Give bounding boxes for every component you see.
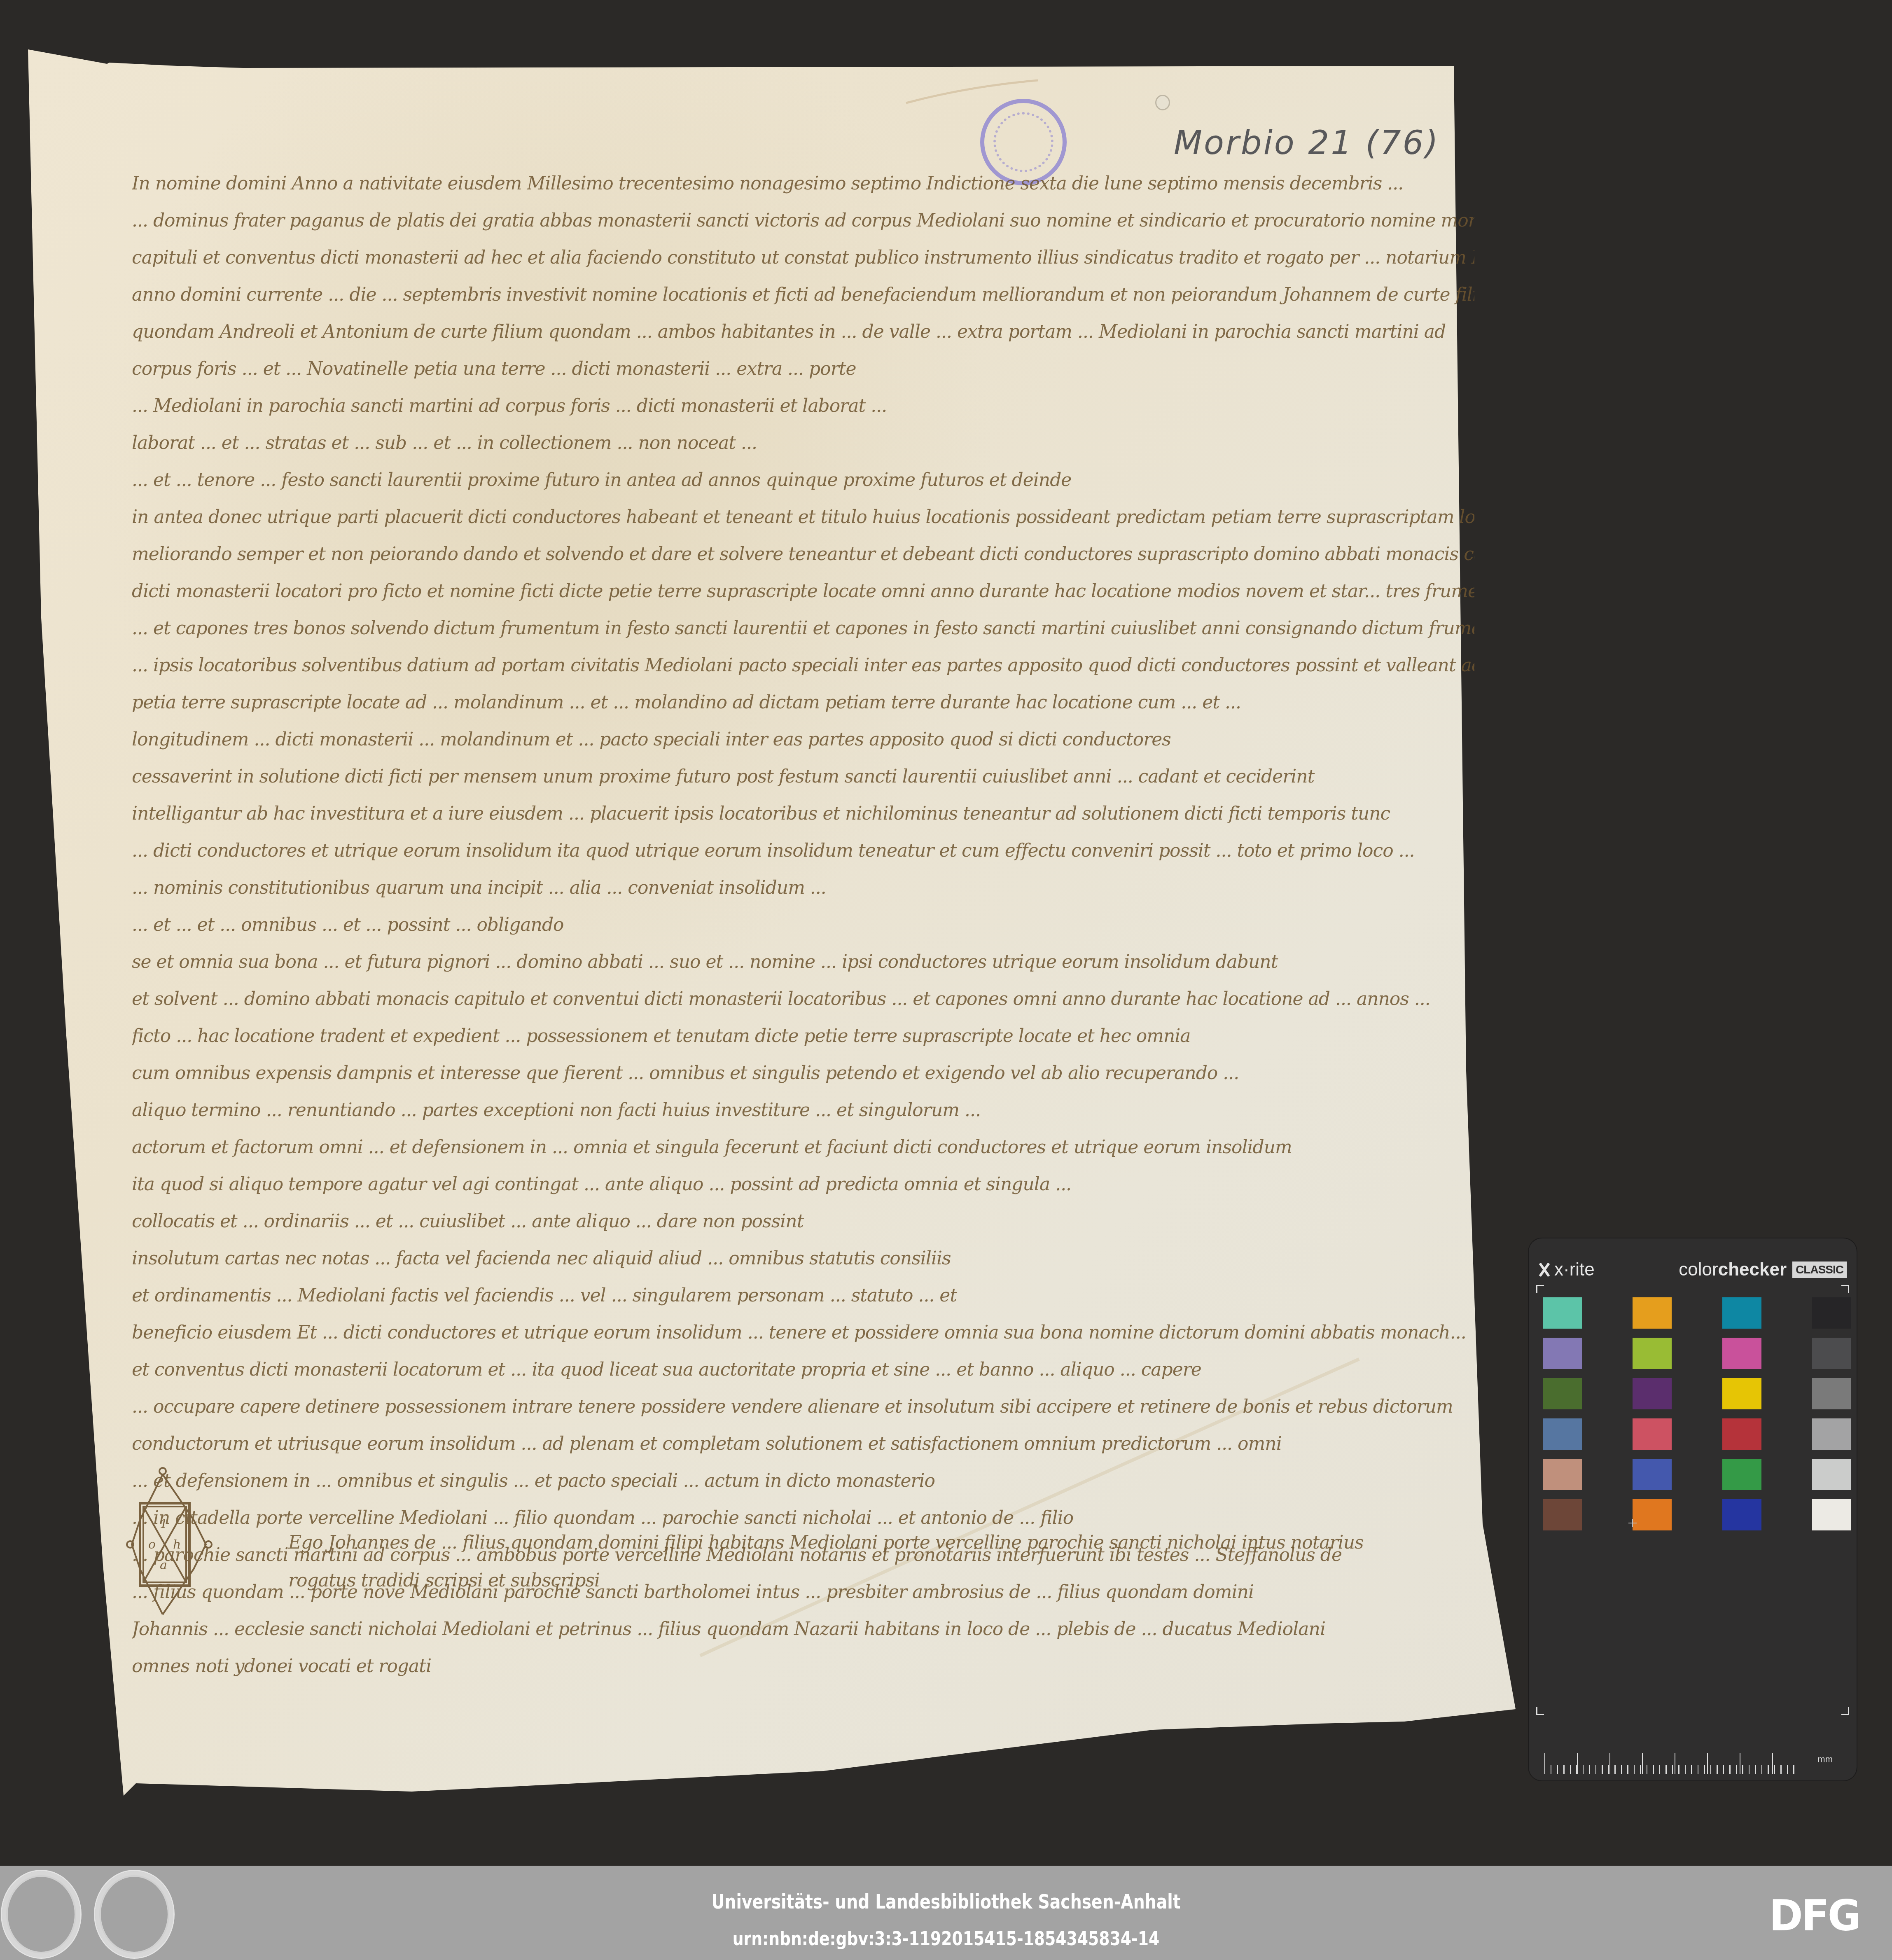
color-swatch — [1722, 1338, 1761, 1369]
text-line: longitudinem ... dicti monasterii ... mo… — [132, 729, 1474, 759]
colorchecker-title: colorchecker CLASSIC — [1679, 1259, 1847, 1280]
text-line: anno domini currente ... die ... septemb… — [132, 284, 1474, 314]
text-line: cum omnibus expensis dampnis et interess… — [132, 1063, 1474, 1092]
subscription-line: Ego Johannes de ... filius quondam domin… — [288, 1532, 1400, 1561]
subscription-line: rogatus tradidi scripsi et subscripsi — [288, 1570, 1400, 1599]
color-swatch — [1633, 1418, 1672, 1450]
mm-ruler: mm — [1544, 1753, 1833, 1774]
color-swatch — [1812, 1297, 1851, 1329]
text-line: ... et ... et ... omnibus ... et ... pos… — [132, 914, 1474, 944]
text-line: et ordinamentis ... Mediolani factis vel… — [132, 1285, 1474, 1315]
text-line: laborat ... et ... stratas et ... sub ..… — [132, 432, 1474, 462]
university-seal-icon — [94, 1870, 175, 1959]
colorchecker-title-bold: checker — [1718, 1259, 1787, 1280]
library-stamp — [980, 99, 1067, 185]
text-line: petia terre suprascripte locate ad ... m… — [132, 692, 1474, 722]
urn-identifier: urn:nbn:de:gbv:3:3-1192015415-1854345834… — [170, 1927, 1721, 1950]
text-line: quondam Andreoli et Antonium de curte fi… — [132, 321, 1474, 351]
text-line: et conventus dicti monasterii locatorum … — [132, 1359, 1474, 1389]
text-line: aliquo termino ... renuntiando ... parte… — [132, 1100, 1474, 1129]
colorchecker-title-light: color — [1679, 1259, 1718, 1280]
color-swatch — [1722, 1499, 1761, 1530]
svg-text:h: h — [173, 1537, 181, 1552]
color-swatch-grid — [1543, 1297, 1843, 1530]
color-checker-header: x·rite colorchecker CLASSIC — [1539, 1257, 1847, 1282]
text-line: ... ipsis locatoribus solventibus datium… — [132, 655, 1474, 684]
color-swatch — [1812, 1499, 1851, 1530]
text-line: insolutum cartas nec notas ... facta vel… — [132, 1248, 1474, 1278]
text-line: meliorando semper et non peiorando dando… — [132, 544, 1474, 573]
color-swatch — [1633, 1499, 1672, 1530]
color-checker-card: x·rite colorchecker CLASSIC mm — [1528, 1238, 1857, 1781]
color-swatch — [1633, 1459, 1672, 1490]
color-swatch — [1633, 1338, 1672, 1369]
charter-text: In nomine domini Anno a nativitate eiusd… — [132, 173, 1474, 1693]
dfg-logo: DFG — [1769, 1890, 1859, 1941]
text-line: beneficio eiusdem Et ... dicti conductor… — [132, 1322, 1474, 1352]
university-seal-icon — [1, 1870, 82, 1959]
color-swatch — [1543, 1459, 1582, 1490]
xrite-logo: x·rite — [1539, 1259, 1595, 1280]
color-swatch — [1543, 1378, 1582, 1409]
text-line: se et omnia sua bona ... et futura pigno… — [132, 951, 1474, 981]
color-swatch — [1543, 1499, 1582, 1530]
svg-text:1: 1 — [160, 1517, 168, 1531]
text-line: cessaverint in solutione dicti ficti per… — [132, 766, 1474, 796]
text-line: corpus foris ... et ... Novatinelle peti… — [132, 358, 1474, 388]
ruler-unit-label: mm — [1817, 1754, 1833, 1765]
color-swatch — [1722, 1459, 1761, 1490]
color-swatch — [1633, 1297, 1672, 1329]
text-line: intelligantur ab hac investitura et a iu… — [132, 803, 1474, 833]
corner-mark-icon — [1841, 1285, 1849, 1293]
corner-mark-icon — [1841, 1707, 1849, 1715]
color-swatch — [1812, 1418, 1851, 1450]
ruler-major-ticks — [1544, 1753, 1800, 1774]
text-line: ... occupare capere detinere possessione… — [132, 1396, 1474, 1426]
text-line: ... dominus frater paganus de platis dei… — [132, 210, 1474, 240]
text-line: collocatis et ... ordinariis ... et ... … — [132, 1211, 1474, 1240]
text-line: conductorum et utriusque eorum insolidum… — [132, 1433, 1474, 1463]
color-swatch — [1543, 1297, 1582, 1329]
text-line: ... dicti conductores et utrique eorum i… — [132, 840, 1474, 870]
crosshair-icon — [1628, 1519, 1637, 1527]
notary-subscription: Ego Johannes de ... filius quondam domin… — [288, 1532, 1400, 1608]
text-line: ... Mediolani in parochia sancti martini… — [132, 395, 1474, 425]
text-line: ita quod si aliquo tempore agatur vel ag… — [132, 1174, 1474, 1203]
parchment-hole — [1155, 95, 1170, 110]
color-swatch — [1722, 1418, 1761, 1450]
text-line: actorum et factorum omni ... et defensio… — [132, 1137, 1474, 1166]
text-line: ... et ... tenore ... festo sancti laure… — [132, 470, 1474, 499]
color-swatch — [1722, 1378, 1761, 1409]
color-swatch — [1543, 1418, 1582, 1450]
xrite-x-icon — [1539, 1262, 1550, 1278]
text-line: capituli et conventus dicti monasterii a… — [132, 247, 1474, 277]
color-swatch — [1722, 1297, 1761, 1329]
color-swatch — [1633, 1378, 1672, 1409]
corner-mark-icon — [1536, 1285, 1544, 1293]
notary-signum-icon: 1 o h a — [124, 1466, 272, 1623]
xrite-brand: x·rite — [1554, 1259, 1595, 1280]
text-line: Johannis ... ecclesie sancti nicholai Me… — [132, 1619, 1474, 1648]
color-swatch — [1812, 1378, 1851, 1409]
text-line: ... et capones tres bonos solvendo dictu… — [132, 618, 1474, 647]
text-line: et solvent ... domino abbati monacis cap… — [132, 988, 1474, 1018]
corner-mark-icon — [1536, 1707, 1544, 1715]
svg-text:o: o — [148, 1537, 156, 1552]
svg-text:a: a — [160, 1558, 167, 1572]
institution-name: Universitäts- und Landesbibliothek Sachs… — [170, 1890, 1721, 1913]
color-swatch — [1812, 1459, 1851, 1490]
archive-shelfmark: Morbio 21 (76) — [1174, 124, 1440, 162]
library-footer: Universitäts- und Landesbibliothek Sachs… — [0, 1866, 1892, 1960]
text-line: ficto ... hac locatione tradent et exped… — [132, 1026, 1474, 1055]
color-swatch — [1543, 1338, 1582, 1369]
color-swatch — [1812, 1338, 1851, 1369]
text-line: dicti monasterii locatori pro ficto et n… — [132, 581, 1474, 610]
text-line: ... et defensionem in ... omnibus et sin… — [132, 1470, 1474, 1500]
text-line: in antea donec utrique parti placuerit d… — [132, 507, 1474, 536]
classic-badge: CLASSIC — [1792, 1262, 1847, 1278]
text-line: omnes noti ydonei vocati et rogati — [132, 1656, 1474, 1685]
text-line: ... nominis constitutionibus quarum una … — [132, 877, 1474, 907]
notary-signum-drawing: 1 o h a — [124, 1466, 272, 1623]
text-line: In nomine domini Anno a nativitate eiusd… — [132, 173, 1474, 203]
